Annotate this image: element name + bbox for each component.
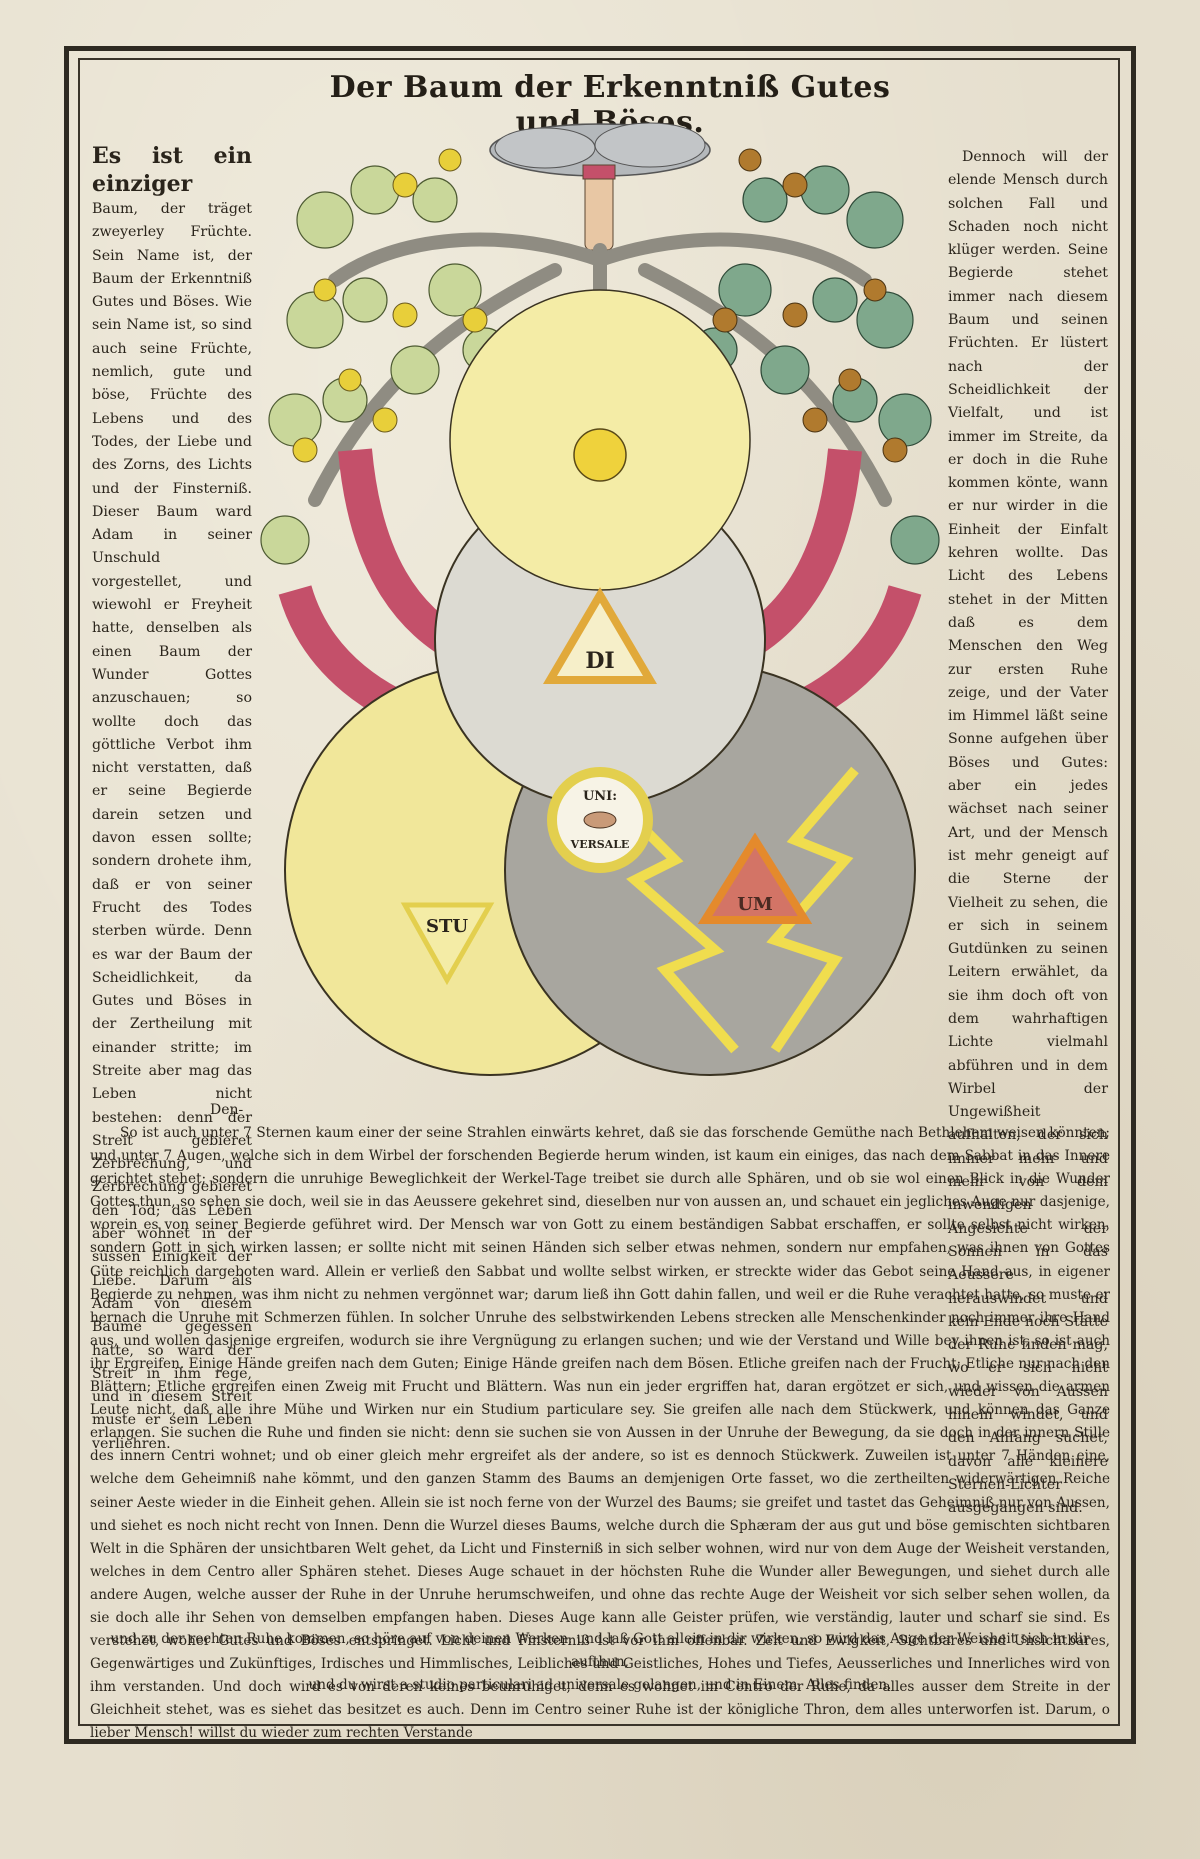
svg-text:STU: STU bbox=[426, 916, 468, 937]
sun-face-icon bbox=[574, 429, 626, 481]
catchword: Den- bbox=[210, 1102, 243, 1118]
all-seeing-eye-icon: UNI: VERSALE bbox=[552, 772, 648, 868]
closing-line-2: und du wirst a studio particulari ad uni… bbox=[90, 1674, 1110, 1697]
svg-text:VERSALE: VERSALE bbox=[570, 838, 630, 851]
svg-text:UM: UM bbox=[737, 894, 773, 915]
left-column-lead: Es ist ein einziger bbox=[92, 142, 252, 198]
tree-of-knowledge-illustration: DI UNI: VERSALE STU UM bbox=[255, 120, 945, 1100]
closing-lines: und zu der rechten Ruhe kommen, so höre … bbox=[90, 1628, 1110, 1697]
closing-line-1: und zu der rechten Ruhe kommen, so höre … bbox=[90, 1628, 1110, 1674]
svg-text:UNI:: UNI: bbox=[583, 789, 617, 804]
svg-text:DI: DI bbox=[585, 648, 614, 674]
divine-hand-icon bbox=[585, 170, 613, 250]
